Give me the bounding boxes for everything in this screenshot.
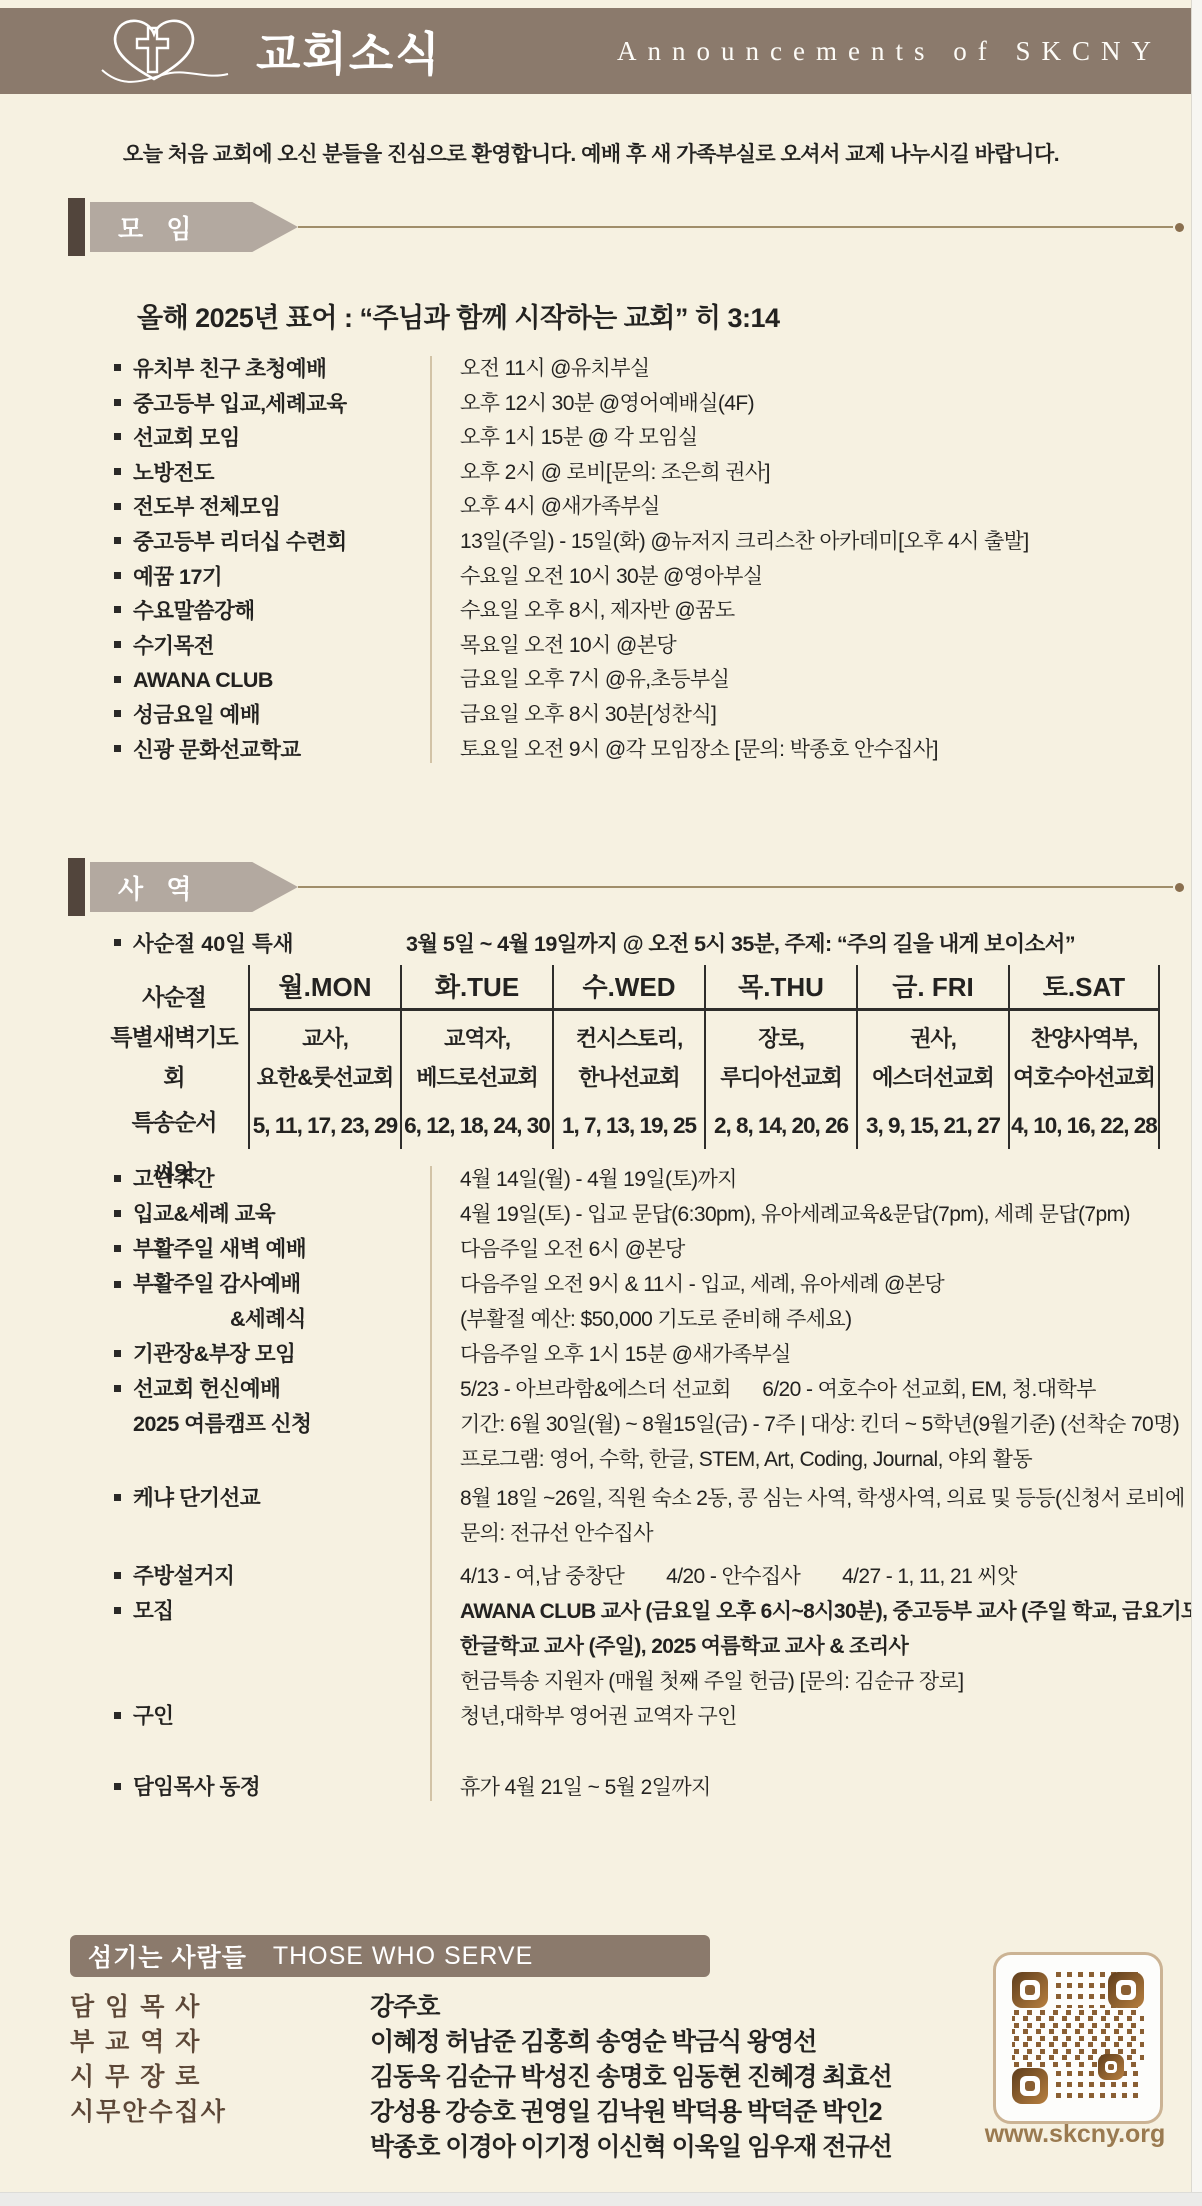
bullet-icon <box>114 537 121 544</box>
list-item: 신광 문화선교학교토요일 오전 9시 @각 모임장소 [문의: 박종호 안수집사… <box>112 733 1182 768</box>
page-subtitle: Announcements of SKCNY <box>442 36 1162 67</box>
lent-label: 사순절 40일 특새 <box>133 928 293 960</box>
list-item: 성금요일 예배금요일 오후 8시 30분[성찬식] <box>112 698 1182 733</box>
table-label-line: 사순절 <box>100 977 248 1017</box>
church-bulletin-page: 교회소식 Announcements of SKCNY 오늘 처음 교회에 오신… <box>0 0 1202 2206</box>
list-item: 수요말씀강해수요일 오후 8시, 제자반 @꿈도 <box>112 594 1182 629</box>
bullet-icon <box>114 606 121 613</box>
meeting-detail: 오전 11시 @유치부실 <box>430 352 650 387</box>
bullet-icon <box>114 364 121 371</box>
list-item: 유치부 친구 초청예배오전 11시 @유치부실 <box>112 352 1182 387</box>
meeting-detail: 13일(주일) - 15일(화) @뉴저지 크리스찬 아카데미[오후 4시 출발… <box>430 525 1029 560</box>
bullet-icon <box>114 503 121 510</box>
list-item: 2025 여름캠프 신청 기간: 6월 30일(월) ~ 8월15일(금) - … <box>112 1407 1182 1477</box>
welcome-message: 오늘 처음 교회에 오신 분들을 진심으로 환영합니다. 예배 후 새 가족부실… <box>0 138 1182 168</box>
table-col-header: 화.TUE <box>400 965 552 1011</box>
heart-cross-logo-icon <box>88 10 238 93</box>
meeting-label: 전도부 전체모임 <box>133 490 280 525</box>
bullet-icon <box>114 433 121 440</box>
table-row-header: 사순절 특별새벽기도회 특송순서 씨앗 <box>100 965 248 1149</box>
meeting-label: 성금요일 예배 <box>133 698 260 733</box>
meeting-label: 유치부 친구 초청예배 <box>133 352 326 387</box>
table-cell-group: 장로,루디아선교회 <box>704 1011 856 1103</box>
bullet-icon <box>114 1210 121 1217</box>
meetings-list: 유치부 친구 초청예배오전 11시 @유치부실 중고등부 입교,세례교육오후 1… <box>112 352 1182 767</box>
qr-code <box>993 1952 1163 2124</box>
meeting-detail: 토요일 오전 9시 @각 모임장소 [문의: 박종호 안수집사] <box>430 733 938 768</box>
bullet-icon <box>114 641 121 648</box>
list-item: 중고등부 리더십 수련회13일(주일) - 15일(화) @뉴저지 크리스찬 아… <box>112 525 1182 560</box>
list-item: AWANA CLUB금요일 오후 7시 @유,초등부실 <box>112 663 1182 698</box>
section-title: 모 임 <box>118 209 199 246</box>
meeting-label: 수요말씀강해 <box>133 594 255 629</box>
table-col-header: 금. FRI <box>856 965 1008 1011</box>
meeting-label: 예꿈 17기 <box>133 560 222 595</box>
bullet-icon <box>114 676 121 683</box>
bullet-icon <box>114 1281 121 1288</box>
meeting-detail: 금요일 오후 7시 @유,초등부실 <box>430 663 729 698</box>
bullet-icon <box>114 1350 121 1357</box>
banner-arrow: 사 역 <box>90 862 298 912</box>
page-bottom-edge <box>0 2192 1202 2206</box>
page-right-edge <box>1191 0 1202 2206</box>
meeting-detail: 오후 12시 30분 @영어예배실(4F) <box>430 387 754 422</box>
meeting-detail: 금요일 오후 8시 30분[성찬식] <box>430 698 716 733</box>
table-cell-dates: 1, 7, 13, 19, 25 <box>552 1103 704 1149</box>
list-item: 부활주일 감사예배&세례식 다음주일 오전 9시 & 11시 - 입교, 세례,… <box>112 1267 1182 1337</box>
bullet-icon <box>114 468 121 475</box>
table-cell-dates: 5, 11, 17, 23, 29 <box>248 1103 400 1149</box>
list-item: 담임목사 동정휴가 4월 21일 ~ 5월 2일까지 <box>112 1770 1182 1805</box>
bullet-icon <box>114 1783 121 1790</box>
table-cell-dates: 3, 9, 15, 21, 27 <box>856 1103 1008 1149</box>
bullet-icon <box>114 1607 121 1614</box>
serve-row: 시 무 장 로김동욱 김순규 박성진 송명호 임동현 진혜경 최효선 <box>70 2060 892 2095</box>
lent-schedule-table: 사순절 특별새벽기도회 특송순서 씨앗 월.MON 화.TUE 수.WED 목.… <box>100 965 1160 1149</box>
list-item: 구인청년,대학부 영어권 교역자 구인 <box>112 1699 1182 1734</box>
ministry-list: 고난주간4월 14일(월) - 4월 19일(토)까지 입교&세례 교육4월 1… <box>112 1162 1182 1805</box>
list-item: 주방설거지4/13 - 여,남 중창단 4/20 - 안수집사 4/27 - 1… <box>112 1559 1182 1594</box>
table-cell-group: 교사,요한&룻선교회 <box>248 1011 400 1103</box>
bullet-icon <box>114 1385 121 1392</box>
banner-dot <box>1175 223 1184 232</box>
header-band: 교회소식 Announcements of SKCNY <box>0 8 1202 94</box>
serve-row: 시무안수집사 강성용 강승호 권영일 김낙원 박덕용 박덕준 박인2박종호 이경… <box>70 2095 892 2165</box>
bullet-icon <box>114 399 121 406</box>
banner-rule <box>298 226 1173 228</box>
meeting-label: 선교회 모임 <box>133 421 240 456</box>
table-col-header: 수.WED <box>552 965 704 1011</box>
banner-arrow: 모 임 <box>90 202 298 252</box>
meeting-detail: 오후 4시 @새가족부실 <box>430 490 660 525</box>
meeting-label: 중고등부 입교,세례교육 <box>133 387 347 422</box>
banner-bar <box>68 198 85 256</box>
table-cell-dates: 6, 12, 18, 24, 30 <box>400 1103 552 1149</box>
bullet-icon <box>114 939 121 946</box>
banner-rule <box>298 886 1173 888</box>
banner-bar <box>68 858 85 916</box>
bullet-icon <box>114 1175 121 1182</box>
list-item: 노방전도오후 2시 @ 로비[문의: 조은희 권사] <box>112 456 1182 491</box>
list-item: 고난주간4월 14일(월) - 4월 19일(토)까지 <box>112 1162 1182 1197</box>
section-title: 사 역 <box>118 869 199 906</box>
section-banner-ministry: 사 역 <box>68 858 1184 916</box>
bullet-icon <box>114 710 121 717</box>
table-label-line: 특별새벽기도회 <box>100 1017 248 1097</box>
bullet-icon <box>114 572 121 579</box>
table-cell-group: 컨시스토리,한나선교회 <box>552 1011 704 1103</box>
list-item: 예꿈 17기수요일 오전 10시 30분 @영아부실 <box>112 560 1182 595</box>
list-item: 모집 AWANA CLUB 교사 (금요일 오후 6시~8시30분), 중고등부… <box>112 1594 1182 1699</box>
list-item: 기관장&부장 모임다음주일 오후 1시 15분 @새가족부실 <box>112 1337 1182 1372</box>
list-item: 입교&세례 교육4월 19일(토) - 입교 문답(6:30pm), 유아세례교… <box>112 1197 1182 1232</box>
list-item: 전도부 전체모임오후 4시 @새가족부실 <box>112 490 1182 525</box>
bullet-icon <box>114 1712 121 1719</box>
meeting-label: 수기목전 <box>133 629 214 664</box>
list-item: 선교회 모임오후 1시 15분 @ 각 모임실 <box>112 421 1182 456</box>
list-item: 부활주일 새벽 예배다음주일 오전 6시 @본당 <box>112 1232 1182 1267</box>
serve-roles-list: 담 임 목 사강주호 부 교 역 자이혜정 허남준 김홍희 송영순 박금식 왕영… <box>70 1990 892 2165</box>
serve-title-ko: 섬기는 사람들 <box>88 1938 247 1974</box>
meeting-detail: 수요일 오전 10시 30분 @영아부실 <box>430 560 763 595</box>
section-banner-meetings: 모 임 <box>68 198 1184 256</box>
list-divider <box>430 1166 432 1801</box>
lent-detail: 3월 5일 ~ 4월 19일까지 @ 오전 5시 35분, 주제: “주의 길을… <box>406 928 1075 960</box>
meeting-detail: 오후 2시 @ 로비[문의: 조은희 권사] <box>430 456 770 491</box>
bullet-icon <box>114 745 121 752</box>
bullet-icon <box>114 1494 121 1501</box>
serve-row: 담 임 목 사강주호 <box>70 1990 892 2025</box>
table-col-header: 토.SAT <box>1008 965 1160 1011</box>
year-motto: 올해 2025년 표어 : “주님과 함께 시작하는 교회” 히 3:14 <box>137 296 780 335</box>
table-col-header: 월.MON <box>248 965 400 1011</box>
page-title: 교회소식 <box>256 18 442 84</box>
list-divider <box>430 356 432 763</box>
table-cell-group: 권사,에스더선교회 <box>856 1011 1008 1103</box>
meeting-label: AWANA CLUB <box>133 663 273 698</box>
website-url: www.skcny.org <box>963 2120 1187 2149</box>
bullet-icon <box>114 1245 121 1252</box>
serve-row: 부 교 역 자이혜정 허남준 김홍희 송영순 박금식 왕영선 <box>70 2025 892 2060</box>
meeting-detail: 목요일 오전 10시 @본당 <box>430 629 676 664</box>
list-item: 케냐 단기선교 8월 18일 ~26일, 직원 숙소 2동, 콩 심는 사역, … <box>112 1481 1182 1551</box>
list-item: 중고등부 입교,세례교육오후 12시 30분 @영어예배실(4F) <box>112 387 1182 422</box>
table-cell-dates: 4, 10, 16, 22, 28 <box>1008 1103 1160 1149</box>
list-item: 수기목전목요일 오전 10시 @본당 <box>112 629 1182 664</box>
banner-dot <box>1175 883 1184 892</box>
list-item: 선교회 헌신예배5/23 - 아브라함&에스더 선교회 6/20 - 여호수아 … <box>112 1372 1182 1407</box>
lent-special-dawn-prayer: 사순절 40일 특새 3월 5일 ~ 4월 19일까지 @ 오전 5시 35분,… <box>112 928 1075 960</box>
meeting-detail: 오후 1시 15분 @ 각 모임실 <box>430 421 698 456</box>
meeting-label: 신광 문화선교학교 <box>133 733 301 768</box>
meeting-detail: 수요일 오후 8시, 제자반 @꿈도 <box>430 594 735 629</box>
meeting-label: 중고등부 리더십 수련회 <box>133 525 347 560</box>
serve-title-en: THOSE WHO SERVE <box>273 1942 533 1971</box>
table-col-header: 목.THU <box>704 965 856 1011</box>
bullet-icon <box>114 1572 121 1579</box>
table-cell-group: 찬양사역부,여호수아선교회 <box>1008 1011 1160 1103</box>
table-cell-group: 교역자,베드로선교회 <box>400 1011 552 1103</box>
table-cell-dates: 2, 8, 14, 20, 26 <box>704 1103 856 1149</box>
table-label-line: 특송순서 <box>100 1097 248 1147</box>
serve-section-banner: 섬기는 사람들 THOSE WHO SERVE <box>70 1935 710 1977</box>
meeting-label: 노방전도 <box>133 456 214 491</box>
